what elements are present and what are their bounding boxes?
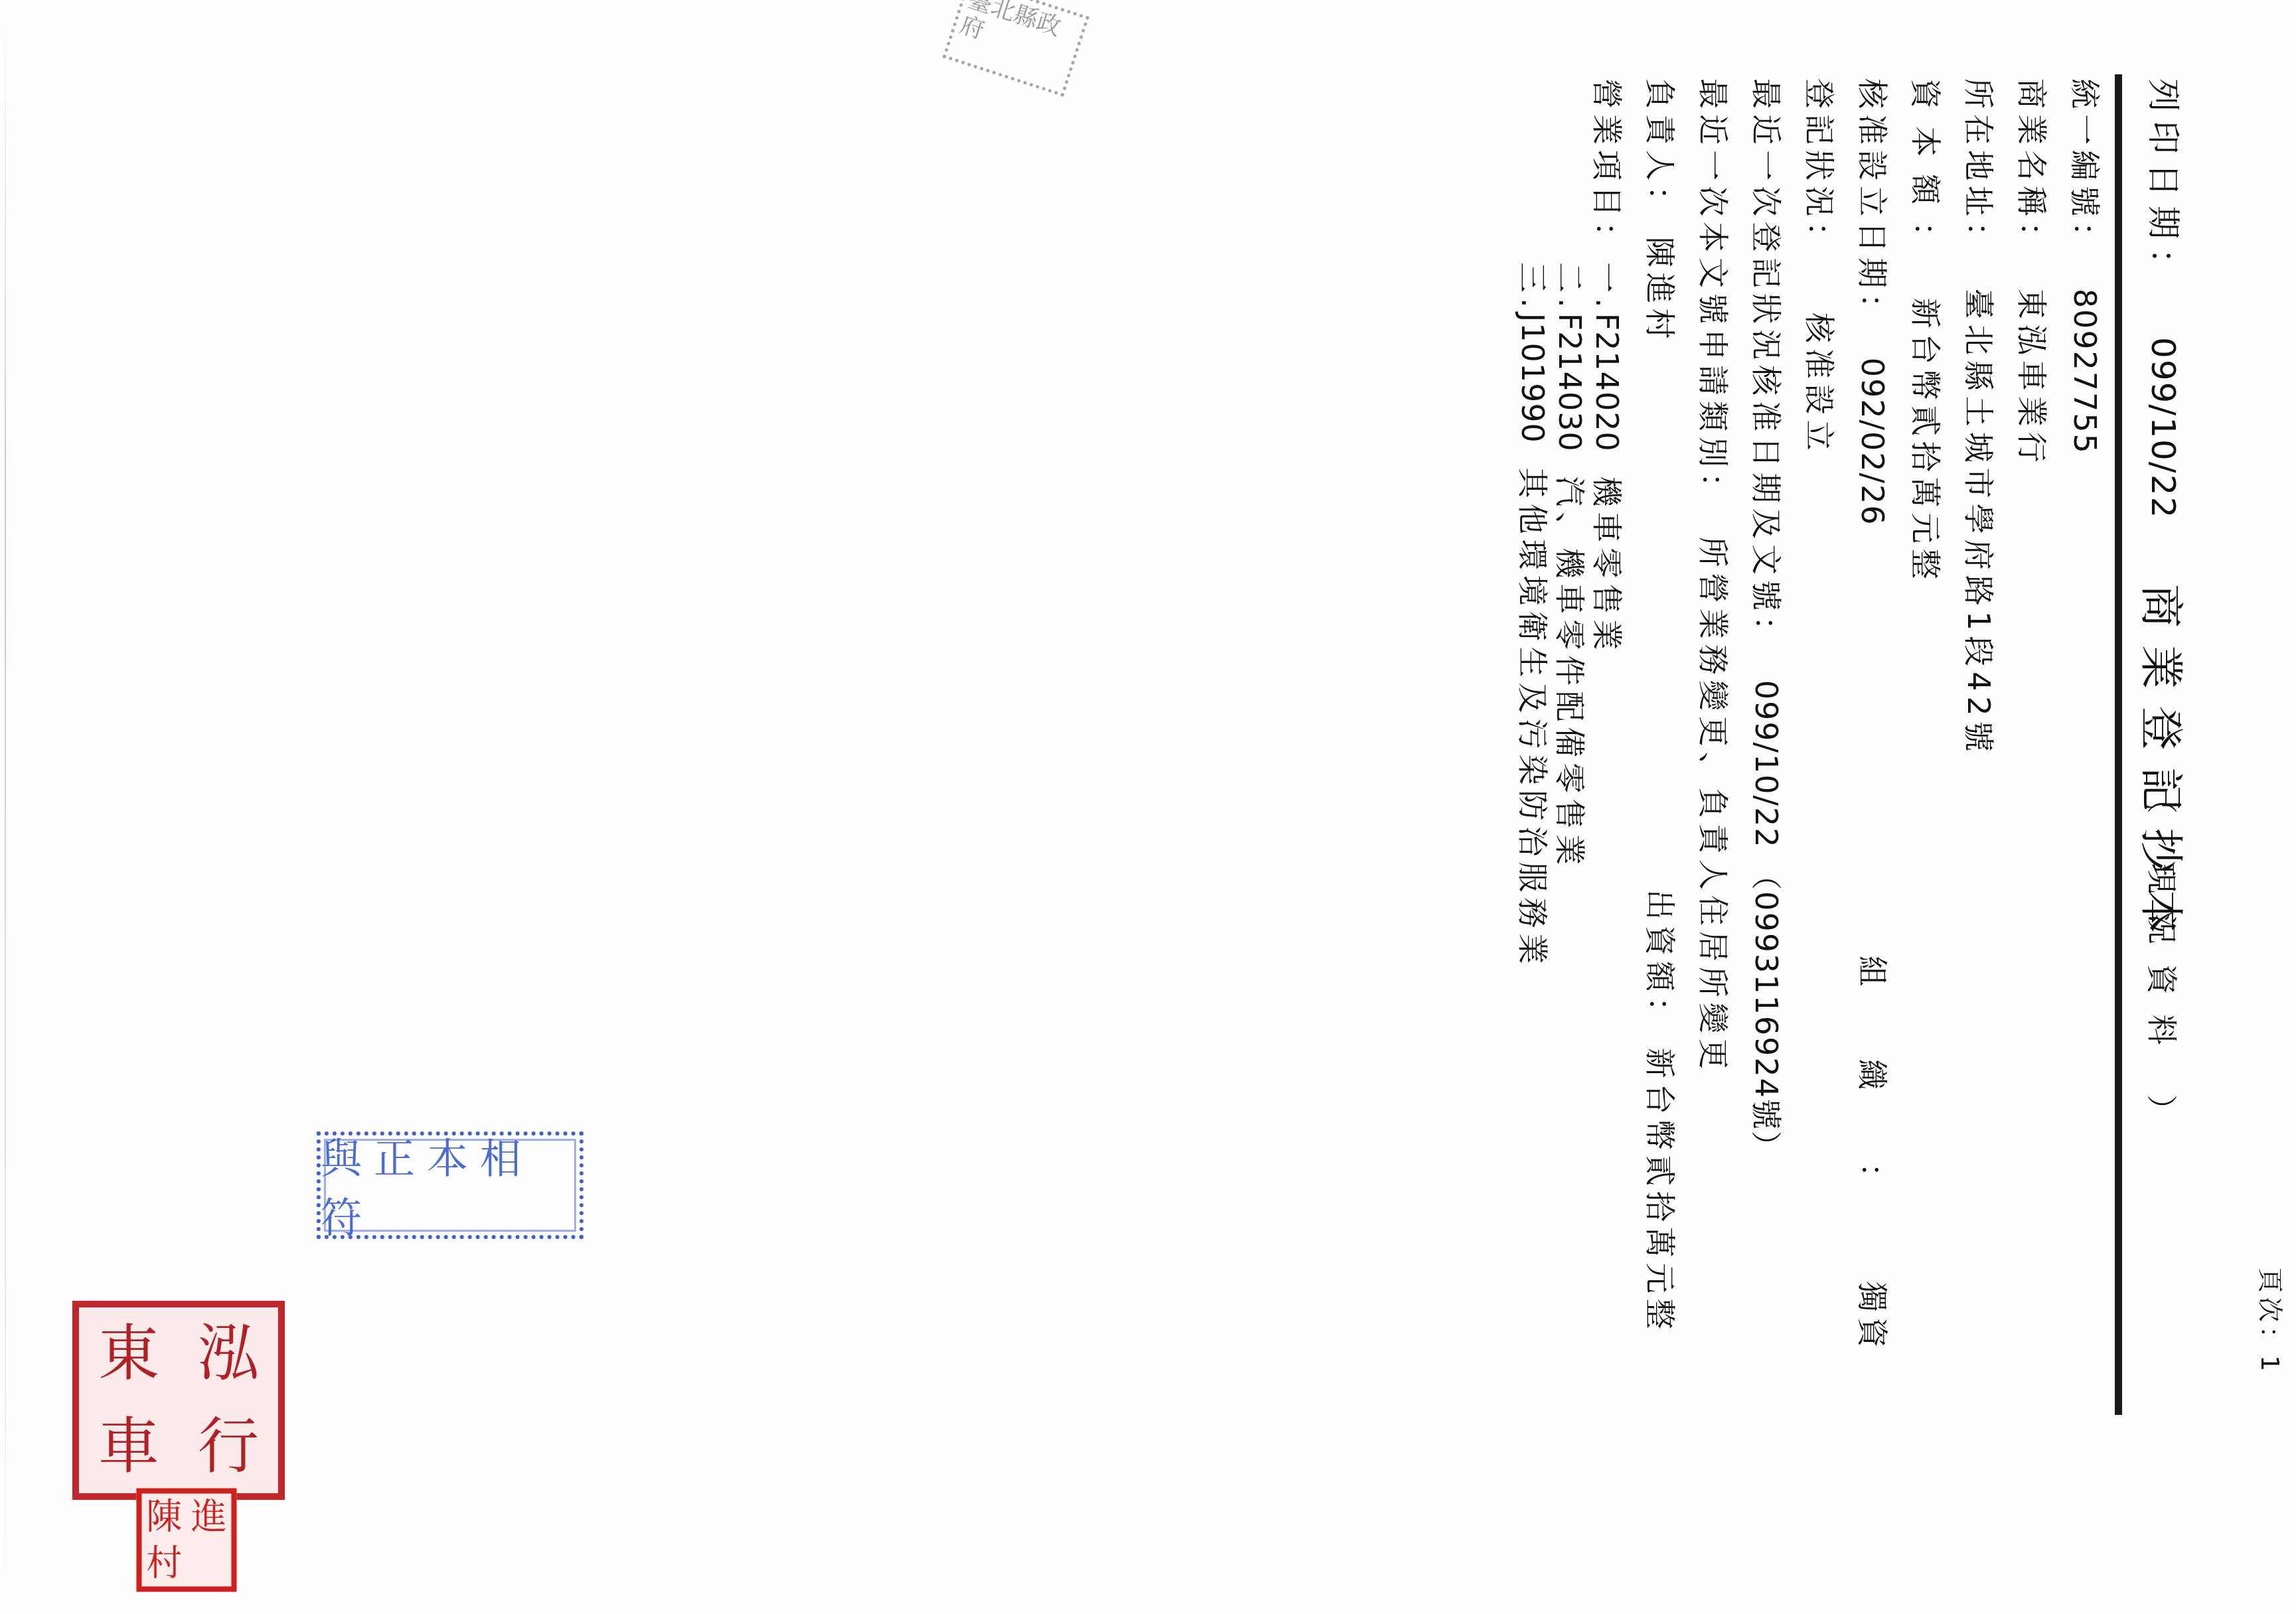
field-responsible-person: 負責人： 陳進村: [1640, 78, 1684, 344]
field-value: 獨資: [1855, 1282, 1890, 1353]
field-label: 統一編號：: [2067, 78, 2103, 257]
scan-edge-line: [5, 0, 6, 1614]
field-label: 最近一次登記狀況核准日期及文號：: [1748, 78, 1784, 652]
seal-char: 陳: [146, 1498, 182, 1536]
seal-char: 村: [146, 1544, 182, 1582]
page-number-label: 頁次：: [2256, 1268, 2285, 1355]
field-value: 092/02/26: [1855, 358, 1890, 526]
field-label: 商業名稱：: [2014, 78, 2050, 257]
company-seal: 東 泓 車 行: [72, 1301, 285, 1500]
seal-char: 泓: [198, 1323, 259, 1384]
field-latest-approval: 最近一次登記狀況核准日期及文號： 099/10/22 （0993116924號）: [1746, 78, 1790, 1163]
page-number: 頁次：1: [2254, 1268, 2291, 1375]
header-rule: [2115, 74, 2122, 1415]
business-item-index: 三.: [1515, 262, 1551, 313]
field-value: 新台幣貳拾萬元整: [1642, 1048, 1678, 1335]
print-date-value: 099/10/22: [2144, 337, 2182, 519]
field-label: 登記狀況：: [1801, 78, 1837, 257]
field-label: 組織：: [1855, 956, 1890, 1266]
page-number-value: 1: [2256, 1355, 2285, 1375]
field-label: 所在地址：: [1961, 78, 1997, 257]
field-unified-no: 統一編號： 80927755: [2065, 78, 2109, 455]
seal-char: 行: [198, 1416, 259, 1477]
field-value: 80927755: [2067, 289, 2103, 455]
field-label: 出資額：: [1642, 889, 1678, 1033]
field-contribution: 出資額： 新台幣貳拾萬元整: [1640, 889, 1684, 1335]
seal-char: 進: [191, 1498, 227, 1536]
document-subtitle: （ 現況資料 ）: [2142, 783, 2186, 1145]
business-item-desc: 機車零售業: [1589, 476, 1625, 655]
field-latest-application-type: 最近一次本文號申請類別： 所營業務變更、負責人住居所變更: [1693, 78, 1737, 1074]
business-item-desc: 其他環境衛生及污染防治服務業: [1515, 467, 1551, 969]
business-item-index: 一.: [1589, 262, 1625, 313]
business-item-code: F214030: [1552, 313, 1588, 452]
field-value: 099/10/22 （0993116924號）: [1748, 680, 1784, 1163]
field-value: 所營業務變更、負責人住居所變更: [1695, 537, 1731, 1074]
field-label: 負責人：: [1642, 78, 1678, 222]
field-address: 所在地址： 臺北縣土城市學府路1段42號: [1959, 78, 2003, 757]
field-approval-date: 核准設立日期： 092/02/26: [1853, 78, 1896, 526]
business-item-code: F214020: [1589, 313, 1625, 452]
field-label: 核准設立日期：: [1855, 78, 1890, 329]
field-label: 最近一次本文號申請類別：: [1695, 78, 1731, 508]
business-item-index: 二.: [1552, 262, 1588, 313]
field-value: 核准設立: [1801, 313, 1837, 456]
seal-char: 東: [98, 1323, 159, 1384]
seal-char: 車: [98, 1416, 159, 1477]
field-capital: 資本額： 新台幣貳拾萬元整: [1906, 78, 1950, 585]
business-item-desc: 汽、機車零件配備零售業: [1552, 476, 1588, 870]
business-item: 三.J101990 其他環境衛生及污染防治服務業: [1513, 262, 1557, 969]
field-value: 東泓車業行: [2014, 289, 2050, 468]
registration-document-page: 頁次：1 列印日期： 099/10/22 商業登記抄本 （ 現況資料 ） 統一編…: [0, 0, 2296, 1614]
field-business-items-label: 營業項目：: [1587, 78, 1631, 257]
field-status: 登記狀況： 核准設立: [1799, 78, 1843, 456]
print-date: 列印日期： 099/10/22: [2142, 78, 2190, 519]
field-value: 新台幣貳拾萬元整: [1908, 298, 1944, 585]
field-value: 臺北縣土城市學府路1段42號: [1961, 289, 1997, 757]
personal-seal: 陳 進 村: [137, 1489, 237, 1592]
field-business-name: 商業名稱： 東泓車業行: [2012, 78, 2056, 468]
business-item-code: J101990: [1515, 313, 1551, 443]
certified-true-copy-stamp: 與正本相符: [317, 1132, 583, 1239]
government-seal-fragment: 臺北縣政府: [943, 0, 1090, 97]
print-date-label: 列印日期：: [2144, 78, 2182, 291]
field-value: 陳進村: [1642, 237, 1678, 344]
field-label: 資本額：: [1908, 78, 1944, 269]
field-organization: 組織： 獨資: [1853, 956, 1896, 1353]
